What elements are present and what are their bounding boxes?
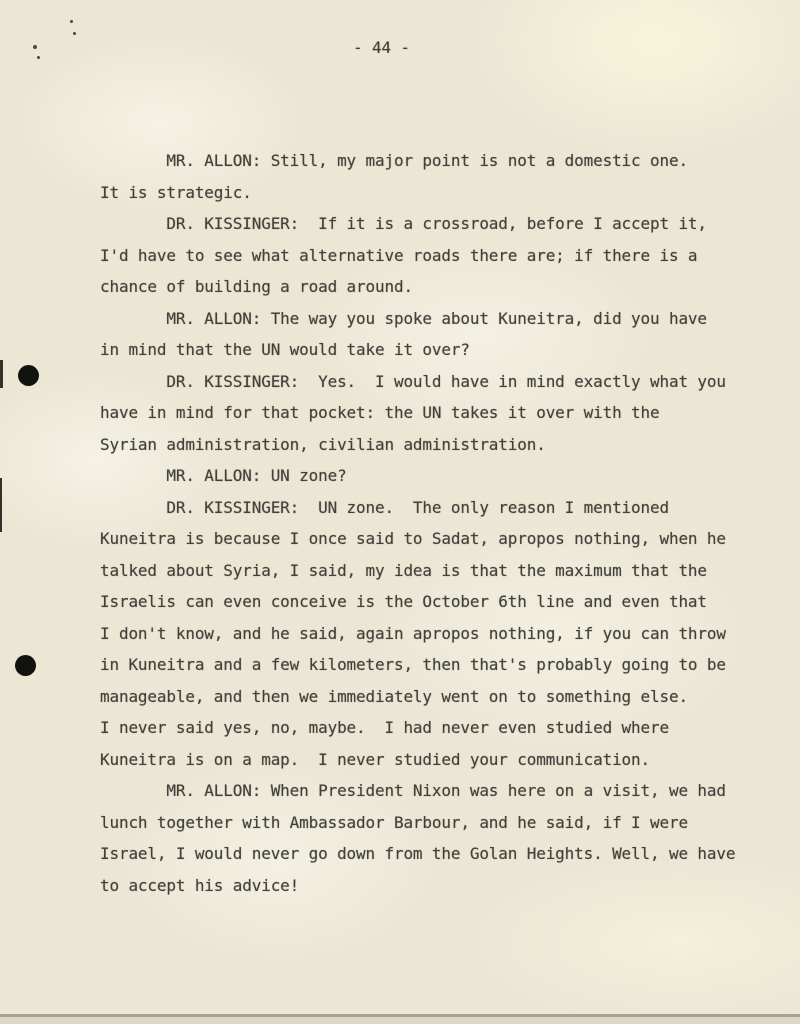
paper-speck [37,56,40,59]
text-line: MR. ALLON: Still, my major point is not … [100,145,780,177]
page-number: - 44 - [353,38,410,57]
text-line: Israel, I would never go down from the G… [100,838,780,870]
text-line: in Kuneitra and a few kilometers, then t… [100,649,780,681]
text-line: DR. KISSINGER: If it is a crossroad, bef… [100,208,780,240]
text-line: MR. ALLON: UN zone? [100,460,780,492]
paper-speck [33,45,37,49]
text-line: Kuneitra is because I once said to Sadat… [100,523,780,555]
scan-edge-artifact [0,360,3,388]
text-line: chance of building a road around. [100,271,780,303]
text-line: Syrian administration, civilian administ… [100,429,780,461]
text-line: I never said yes, no, maybe. I had never… [100,712,780,744]
text-line: MR. ALLON: The way you spoke about Kunei… [100,303,780,335]
text-line: talked about Syria, I said, my idea is t… [100,555,780,587]
document-text: MR. ALLON: Still, my major point is not … [100,145,780,901]
text-line: DR. KISSINGER: UN zone. The only reason … [100,492,780,524]
hole-punch [18,365,39,386]
text-line: MR. ALLON: When President Nixon was here… [100,775,780,807]
paper-speck [70,20,73,23]
scanned-page: - 44 - MR. ALLON: Still, my major point … [0,0,800,1024]
text-line: DR. KISSINGER: Yes. I would have in mind… [100,366,780,398]
text-line: manageable, and then we immediately went… [100,681,780,713]
scan-edge-artifact [0,478,2,532]
text-line: Kuneitra is on a map. I never studied yo… [100,744,780,776]
text-line: have in mind for that pocket: the UN tak… [100,397,780,429]
text-line: I'd have to see what alternative roads t… [100,240,780,272]
text-line: lunch together with Ambassador Barbour, … [100,807,780,839]
scan-bottom-margin [0,1017,800,1024]
text-line: It is strategic. [100,177,780,209]
text-line: to accept his advice! [100,870,780,902]
paper-speck [73,32,76,35]
hole-punch [15,655,36,676]
text-line: in mind that the UN would take it over? [100,334,780,366]
text-line: Israelis can even conceive is the Octobe… [100,586,780,618]
text-line: I don't know, and he said, again apropos… [100,618,780,650]
